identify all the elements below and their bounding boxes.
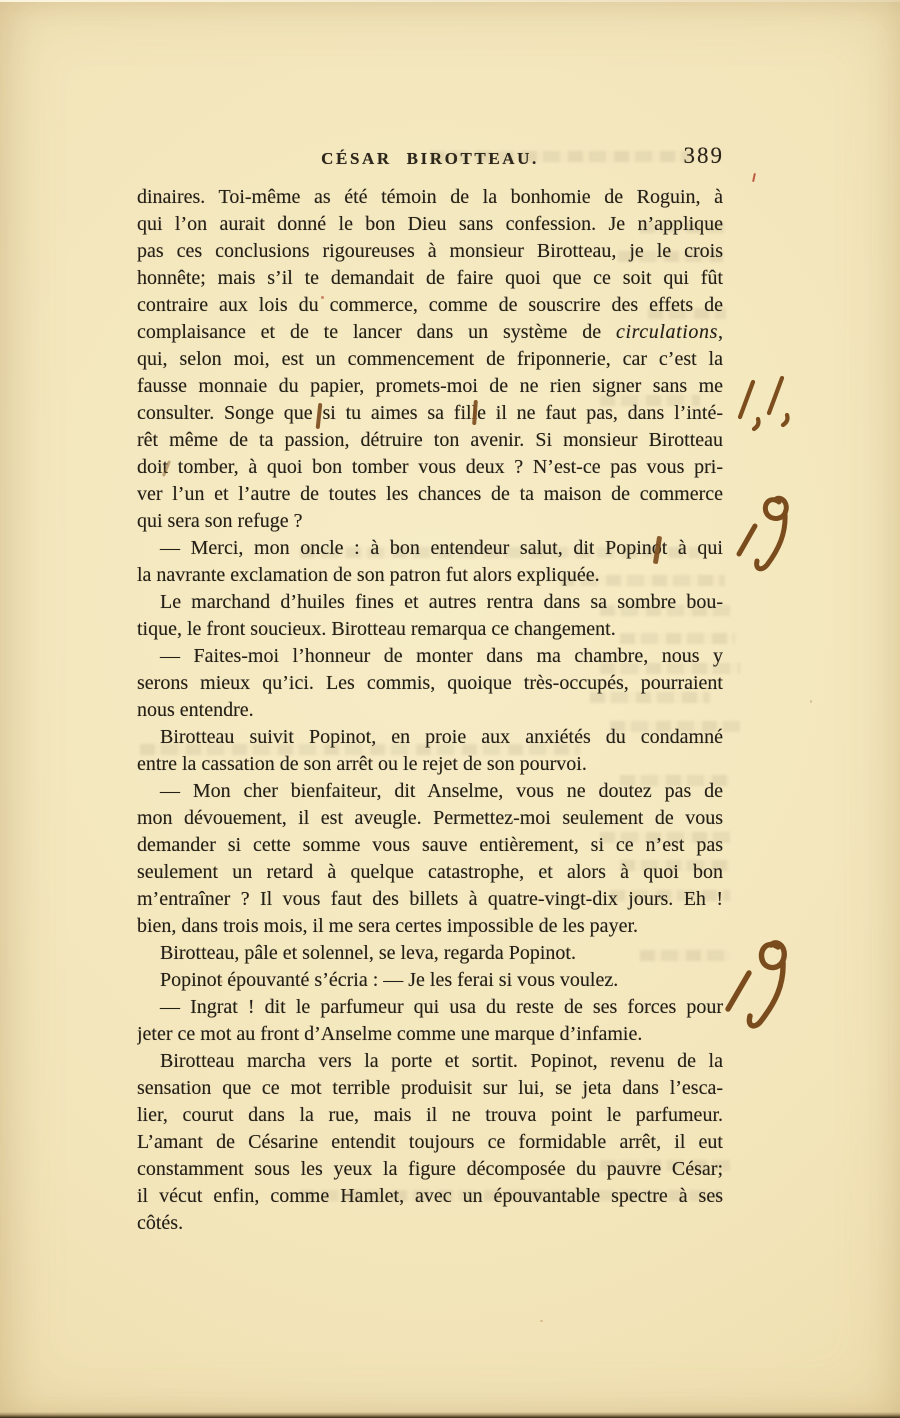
page-top-edge <box>0 0 900 2</box>
paragraph: Birotteau suivit Popinot, en proie aux a… <box>137 724 723 778</box>
text-line: côtés. <box>137 1210 723 1237</box>
margin-annotation-number-lower <box>720 935 806 1047</box>
text-line: Birotteau suivit Popinot, en proie aux a… <box>137 724 723 751</box>
text-line: la navrante exclamation de son patron fu… <box>137 562 723 589</box>
text-line: lier, courut dans la rue, mais il ne tro… <box>137 1102 723 1129</box>
text-line: sensation que ce mot terrible produisit … <box>137 1075 723 1102</box>
paragraph: Birotteau, pâle et solennel, se leva, re… <box>137 940 723 967</box>
text-line: Birotteau, pâle et solennel, se leva, re… <box>137 940 723 967</box>
paragraph: Le marchand d’huiles fines et autres ren… <box>137 589 723 643</box>
text-line: serons mieux qu’ici. Les commis, quoique… <box>137 670 723 697</box>
text-line: il vécut enfin, comme Hamlet, avec un ép… <box>137 1183 723 1210</box>
text-line: jeter ce mot au front d’Anselme comme un… <box>137 1021 723 1048</box>
paragraph: — Ingrat ! dit le parfumeur qui usa du r… <box>137 994 723 1048</box>
paper-speck <box>810 700 812 703</box>
text-line: dinaires. Toi-même as été témoin de la b… <box>137 184 723 211</box>
text-line: doit tomber, à quoi bon tomber vous deux… <box>137 454 723 481</box>
red-fleck <box>752 173 756 182</box>
text-line: nous entendre. <box>137 697 723 724</box>
text-line: ver l’un et l’autre de toutes les chance… <box>137 481 723 508</box>
paragraph: — Faites-moi l’honneur de monter dans ma… <box>137 643 723 724</box>
text-line: rêt même de ta passion, détruire ton ave… <box>137 427 723 454</box>
paragraph: Birotteau marcha vers la porte et sortit… <box>137 1048 723 1237</box>
text-line: pas ces conclusions rigoureuses à monsie… <box>137 238 723 265</box>
paper-speck <box>220 980 223 983</box>
text-line: bien, dans trois mois, il me sera certes… <box>137 913 723 940</box>
page-bottom-edge <box>0 1412 900 1418</box>
paragraph: Popinot épouvanté s’écria : — Je les fer… <box>137 967 723 994</box>
text-line: qui sera son refuge ? <box>137 508 723 535</box>
text-line: — Merci, mon oncle : à bon entendeur sal… <box>137 535 723 562</box>
margin-annotation-ticks <box>730 375 794 433</box>
scanned-book-page: CÉSAR BIROTTEAU. 389 dinaires. Toi-même … <box>0 0 900 1418</box>
page-number: 389 <box>678 143 724 169</box>
text-line: demander si cette somme vous sauve entiè… <box>137 832 723 859</box>
text-line: tique, le front soucieux. Birotteau rema… <box>137 616 723 643</box>
text-line: contraire aux lois du commerce, comme de… <box>137 292 723 319</box>
text-line: honnête; mais s’il te demandait de faire… <box>137 265 723 292</box>
text-line: — Ingrat ! dit le parfumeur qui usa du r… <box>137 994 723 1021</box>
paragraph: — Mon cher bienfaiteur, dit Anselme, vou… <box>137 778 723 940</box>
text-line: consulter. Songe que si tu aimes sa fill… <box>137 400 723 427</box>
body-text: dinaires. Toi-même as été témoin de la b… <box>137 184 723 1237</box>
text-line: constamment sous les yeux la figure déco… <box>137 1156 723 1183</box>
text-line: Popinot épouvanté s’écria : — Je les fer… <box>137 967 723 994</box>
text-line: seulement un retard à quelque catastroph… <box>137 859 723 886</box>
red-dot <box>321 296 324 299</box>
text-line: complaisance et de te lancer dans un sys… <box>137 319 723 346</box>
text-line: m’entraîner ? Il vous faut des billets à… <box>137 886 723 913</box>
text-line: Le marchand d’huiles fines et autres ren… <box>137 589 723 616</box>
paper-speck <box>540 1320 543 1322</box>
margin-annotation-number-upper <box>729 490 801 590</box>
text-line: Birotteau marcha vers la porte et sortit… <box>137 1048 723 1075</box>
running-header-title: CÉSAR BIROTTEAU. <box>137 149 723 169</box>
text-line: fausse monnaie du papier, promets-moi de… <box>137 373 723 400</box>
text-line: mon dévouement, il est aveugle. Permette… <box>137 805 723 832</box>
text-line: L’amant de Césarine entendit toujours ce… <box>137 1129 723 1156</box>
text-line: entre la cassation de son arrêt ou le re… <box>137 751 723 778</box>
text-line: qui l’on aurait donné le bon Dieu sans c… <box>137 211 723 238</box>
paragraph: dinaires. Toi-même as été témoin de la b… <box>137 184 723 535</box>
text-line: qui, selon moi, est un commencement de f… <box>137 346 723 373</box>
paragraph: — Merci, mon oncle : à bon entendeur sal… <box>137 535 723 589</box>
text-line: — Mon cher bienfaiteur, dit Anselme, vou… <box>137 778 723 805</box>
text-line: — Faites-moi l’honneur de monter dans ma… <box>137 643 723 670</box>
